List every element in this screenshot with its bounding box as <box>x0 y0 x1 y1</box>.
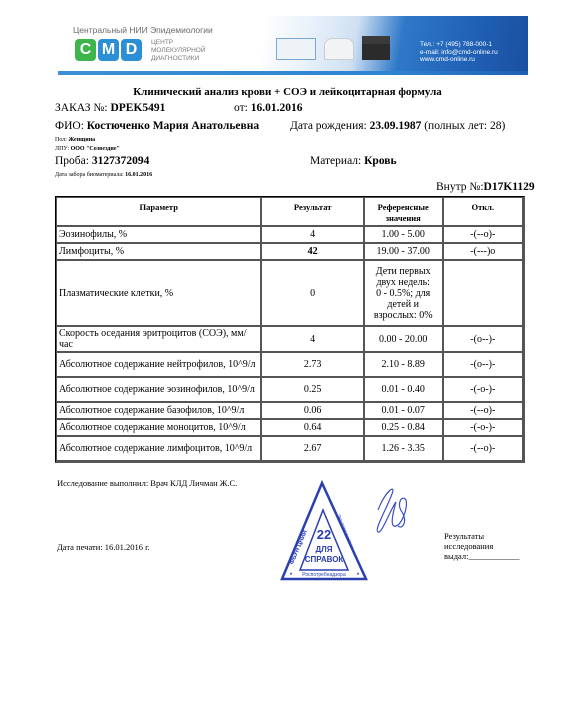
reference-cell: 1.00 - 5.00 <box>364 226 443 243</box>
table-row: Абсолютное содержание эозинофилов, 10^9/… <box>56 377 523 402</box>
reference-cell: 19.00 - 37.00 <box>364 243 443 260</box>
table-row: Плазматические клетки, %0Дети первых дву… <box>56 260 523 326</box>
sex-label: Пол: <box>55 137 68 143</box>
logo-letter-d: D <box>121 39 142 61</box>
reference-cell: 0.00 - 20.00 <box>364 326 443 352</box>
parameter-cell: Лимфоциты, % <box>56 243 261 260</box>
logo-subtitle: ЦЕНТР МОЛЕКУЛЯРНОЙ ДИАГНОСТИКИ <box>151 39 206 63</box>
order-value: DPEK5491 <box>110 102 165 114</box>
table-row: Лимфоциты, %4219.00 - 37.00-(---)o <box>56 243 523 260</box>
issued-by-line: Результаты <box>444 531 520 541</box>
table-row: Абсолютное содержание базофилов, 10^9/л0… <box>56 402 523 419</box>
patient-sex: Пол: Женщина <box>55 137 95 143</box>
header-deviation: Откл. <box>443 197 523 226</box>
stamp-line2: СПРАВОК <box>305 555 344 564</box>
deviation-cell: -(-o-)- <box>443 377 523 402</box>
phone: Тел.: +7 (495) 788-000-1 <box>420 41 498 49</box>
internal-number: Внутр №:D17K1129 <box>436 181 535 193</box>
parameter-cell: Эозинофилы, % <box>56 226 261 243</box>
header-reference: Референсные значения <box>364 197 443 226</box>
stamp-number: 22 <box>317 527 331 542</box>
parameter-cell: Абсолютное содержание нейтрофилов, 10^9/… <box>56 352 261 377</box>
fio-label: ФИО: <box>55 120 87 132</box>
analyzer-icon <box>276 38 316 60</box>
parameter-cell: Абсолютное содержание эозинофилов, 10^9/… <box>56 377 261 402</box>
result-cell: 0.64 <box>261 419 363 436</box>
table-row: Абсолютное содержание нейтрофилов, 10^9/… <box>56 352 523 377</box>
order-date-value: 16.01.2016 <box>251 102 303 114</box>
material: Материал: Кровь <box>310 155 397 167</box>
parameter-cell: Плазматические клетки, % <box>56 260 261 326</box>
lpu-label: ЛПУ: <box>55 146 71 152</box>
sample-label: Проба: <box>55 155 92 167</box>
table-row: Абсолютное содержание моноцитов, 10^9/л0… <box>56 419 523 436</box>
reference-cell: 0.01 - 0.40 <box>364 377 443 402</box>
collection-date-label: Дата забора биоматериала: <box>55 172 125 178</box>
header-result: Результат <box>261 197 363 226</box>
sample-value: 3127372094 <box>92 155 150 167</box>
sample-number: Проба: 3127372094 <box>55 155 149 167</box>
header-banner: Центральный НИИ Эпидемиологии C M D ЦЕНТ… <box>58 16 528 78</box>
header-parameter: Параметр <box>56 197 261 226</box>
logo-subtitle-line: МОЛЕКУЛЯРНОЙ <box>151 47 206 55</box>
sex-value: Женщина <box>68 137 95 143</box>
org-name: Центральный НИИ Эпидемиологии <box>73 25 213 35</box>
performed-by: Исследование выполнил: Врач КЛД Личман Ж… <box>57 478 237 488</box>
reference-cell: 0.01 - 0.07 <box>364 402 443 419</box>
results-table: Параметр Результат Референсные значения … <box>55 196 525 463</box>
table-row: Эозинофилы, %41.00 - 5.00-(--o)- <box>56 226 523 243</box>
lpu-value: ООО "Созвездие" <box>71 146 120 152</box>
order-date: от: 16.01.2016 <box>234 102 302 114</box>
official-stamp: 22 ДЛЯ СПРАВОК Роспотребнадзора ФБУН ЦНИ… <box>278 480 428 585</box>
deviation-cell <box>443 260 523 326</box>
issued-by-line: выдал:____________ <box>444 551 520 561</box>
logo-letter-c: C <box>75 39 96 61</box>
report-title: Клинический анализ крови + СОЭ и лейкоци… <box>0 86 575 98</box>
reference-cell: 1.26 - 3.35 <box>364 436 443 461</box>
internal-number-value: D17K1129 <box>484 181 535 193</box>
signature <box>377 489 406 532</box>
table-header-row: Параметр Результат Референсные значения … <box>56 197 523 226</box>
deviation-cell: -(-o-)- <box>443 419 523 436</box>
age-text: (полных лет: 28) <box>421 120 505 132</box>
material-value: Кровь <box>364 155 397 167</box>
contacts: Тел.: +7 (495) 788-000-1 e-mail: info@cm… <box>420 41 498 64</box>
deviation-cell: -(o--)- <box>443 352 523 377</box>
result-cell: 0.06 <box>261 402 363 419</box>
dob-value: 23.09.1987 <box>370 120 422 132</box>
reference-cell: Дети первых двух недель: 0 - 0.5%; для д… <box>364 260 443 326</box>
stamp-bottom: Роспотребнадзора <box>302 572 346 578</box>
print-date: Дата печати: 16.01.2016 г. <box>57 542 150 552</box>
parameter-cell: Абсолютное содержание базофилов, 10^9/л <box>56 402 261 419</box>
collection-date: Дата забора биоматериала: 16.01.2016 <box>55 172 152 178</box>
table-row: Абсолютное содержание лимфоцитов, 10^9/л… <box>56 436 523 461</box>
deviation-cell: -(o--)- <box>443 326 523 352</box>
parameter-cell: Абсолютное содержание моноцитов, 10^9/л <box>56 419 261 436</box>
order-label: ЗАКАЗ №: <box>55 102 110 114</box>
internal-number-label: Внутр №: <box>436 181 484 193</box>
result-cell: 4 <box>261 326 363 352</box>
result-cell: 42 <box>261 243 363 260</box>
website: www.cmd-online.ru <box>420 56 498 64</box>
birth-date: Дата рождения: 23.09.1987 (полных лет: 2… <box>290 120 505 132</box>
result-cell: 0.25 <box>261 377 363 402</box>
deviation-cell: -(--o)- <box>443 226 523 243</box>
material-label: Материал: <box>310 155 364 167</box>
centrifuge-icon <box>324 38 354 60</box>
result-cell: 0 <box>261 260 363 326</box>
pcr-machine-icon <box>362 36 390 60</box>
parameter-cell: Абсолютное содержание лимфоцитов, 10^9/л <box>56 436 261 461</box>
result-cell: 2.67 <box>261 436 363 461</box>
result-cell: 2.73 <box>261 352 363 377</box>
logo-subtitle-line: ЦЕНТР <box>151 39 206 47</box>
lpu: ЛПУ: ООО "Созвездие" <box>55 146 120 152</box>
table-row: Скорость оседания эритроцитов (СОЭ), мм/… <box>56 326 523 352</box>
deviation-cell: -(--o)- <box>443 436 523 461</box>
order-date-label: от: <box>234 102 251 114</box>
reference-cell: 0.25 - 0.84 <box>364 419 443 436</box>
banner-underline <box>58 71 528 75</box>
cmd-logo: C M D <box>75 39 142 61</box>
parameter-cell: Скорость оседания эритроцитов (СОЭ), мм/… <box>56 326 261 352</box>
logo-subtitle-line: ДИАГНОСТИКИ <box>151 55 206 63</box>
order-number: ЗАКАЗ №: DPEK5491 <box>55 102 165 114</box>
fio-value: Костюченко Мария Анатольевна <box>87 120 259 132</box>
deviation-cell: -(--o)- <box>443 402 523 419</box>
issued-by-line: исследования <box>444 541 520 551</box>
stamp-line1: ДЛЯ <box>315 545 332 554</box>
deviation-cell: -(---)o <box>443 243 523 260</box>
logo-letter-m: M <box>98 39 119 61</box>
lab-equipment-image <box>276 36 390 60</box>
result-cell: 4 <box>261 226 363 243</box>
dob-label: Дата рождения: <box>290 120 370 132</box>
email: e-mail: info@cmd-online.ru <box>420 49 498 57</box>
patient-name: ФИО: Костюченко Мария Анатольевна <box>55 120 259 132</box>
issued-by: Результаты исследования выдал:__________… <box>444 531 520 561</box>
collection-date-value: 16.01.2016 <box>125 172 152 178</box>
reference-cell: 2.10 - 8.89 <box>364 352 443 377</box>
